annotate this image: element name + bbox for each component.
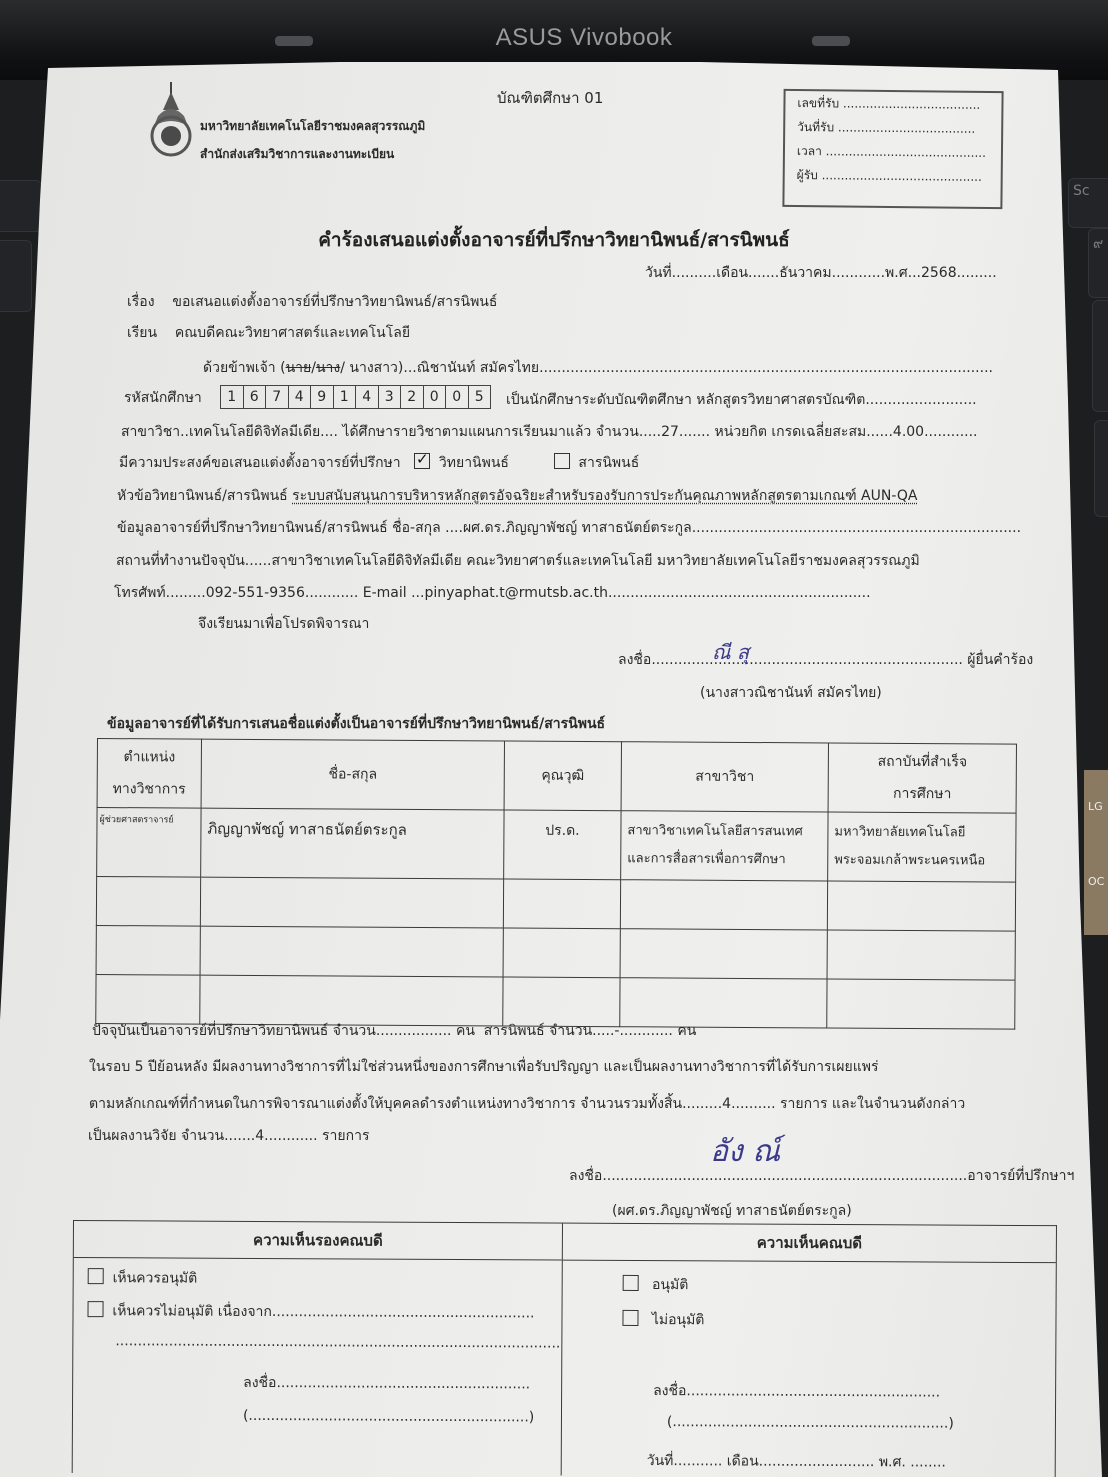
- form-code: บัณฑิตศึกษา 01: [497, 86, 603, 110]
- cell-position[interactable]: [96, 925, 200, 975]
- keyboard-key: [0, 180, 42, 232]
- cell-name[interactable]: [200, 975, 503, 1026]
- proposed-table-title: ข้อมูลอาจารย์ที่ได้รับการเสนอชื่อแต่งตั้…: [107, 713, 605, 735]
- closing-text: จึงเรียนมาเพื่อโปรดพิจารณา: [198, 613, 369, 635]
- advisor-printed-name: (ผศ.ดร.ภิญญาพัชญ์ ทาสาธนัตย์ตระกูล): [612, 1200, 852, 1222]
- vice-dean-sign-field[interactable]: ลงชื่อ..................................…: [243, 1372, 530, 1396]
- header-name: ชื่อ-สกุล: [201, 739, 504, 810]
- sticker: LG: [1084, 770, 1108, 890]
- cell-degree[interactable]: ปร.ด.: [504, 810, 621, 880]
- advisor-signature[interactable]: อัง ณ์: [710, 1128, 780, 1175]
- cell-name[interactable]: [200, 926, 503, 977]
- thesis-topic-value[interactable]: ระบบสนับสนุนการบริหารหลักสูตรอัจฉริยะสำห…: [292, 488, 917, 504]
- workload-line-4: เป็นผลงานวิจัย จำนวน.......4............…: [88, 1125, 369, 1147]
- cell-institution[interactable]: มหาวิทยาลัยเทคโนโลยีพระจอมเกล้าพระนครเหน…: [828, 812, 1016, 882]
- to-line: เรียน คณบดีคณะวิทยาศาสตร์และเทคโนโลยี: [127, 322, 410, 344]
- student-id-label: รหัสนักศึกษา: [124, 387, 202, 409]
- student-id-digit[interactable]: 0: [424, 386, 447, 408]
- student-id-digit[interactable]: 9: [311, 386, 334, 408]
- cell-field[interactable]: [620, 929, 827, 979]
- vice-dean-approve-option[interactable]: เห็นควรอนุมัติ: [88, 1267, 198, 1290]
- applicant-line: ด้วยข้าพเจ้า (นาย/นาง/ นางสาว)...ณิชานัน…: [203, 357, 993, 379]
- dean-opinion-title: ความเห็นคณบดี: [563, 1224, 1056, 1264]
- student-id-digit[interactable]: 2: [401, 386, 424, 408]
- independent-study-checkbox[interactable]: [554, 453, 570, 469]
- proposed-advisor-table: ตำแหน่งทางวิชาการชื่อ-สกุลคุณวุฒิสาขาวิช…: [95, 738, 1017, 1030]
- receiver-field[interactable]: ผู้รับ .................................…: [785, 163, 1001, 189]
- cell-field[interactable]: [620, 880, 827, 930]
- keyboard-key: [1094, 420, 1108, 517]
- major-value[interactable]: เทคโนโลยีดิจิทัลมีเดีย: [189, 424, 320, 440]
- study-line: สาขาวิชา..เทคโนโลยีดิจิทัลมีเดีย.... ได้…: [121, 421, 978, 443]
- table-row: ผู้ช่วยศาสตราจารย์ภิญญาพัชญ์ ทาสาธนัตย์ต…: [97, 808, 1016, 883]
- university-name: มหาวิทยาลัยเทคโนโลยีราชมงคลสุวรรณภูมิ: [200, 117, 425, 136]
- university-logo-icon: [148, 80, 194, 160]
- gpa-value[interactable]: 4.00: [893, 424, 924, 440]
- thesis-topic-line: หัวข้อวิทยานิพนธ์/สารนิพนธ์ ระบบสนับสนุน…: [117, 485, 917, 507]
- receipt-box: เลขที่รับ ..............................…: [782, 89, 1003, 209]
- dean-date-field[interactable]: วันที่........... เดือน.................…: [647, 1450, 946, 1474]
- subject-line: เรื่อง ขอเสนอแต่งตั้งอาจารย์ที่ปรึกษาวิท…: [127, 291, 497, 313]
- cell-degree[interactable]: [503, 879, 620, 929]
- vice-dean-reject-option[interactable]: เห็นควรไม่อนุมัติ เนื่องจาก.............…: [87, 1300, 534, 1324]
- advisor-name-line: ข้อมูลอาจารย์ที่ปรึกษาวิทยานิพนธ์/สารนิพ…: [117, 517, 1021, 539]
- form-title: คำร้องเสนอแต่งตั้งอาจารย์ที่ปรึกษาวิทยาน…: [0, 225, 1108, 255]
- vice-dean-name-field[interactable]: (.......................................…: [243, 1408, 534, 1426]
- keyboard-key: ๙: [1088, 228, 1108, 298]
- table-row: [96, 925, 1015, 980]
- student-id-digit[interactable]: 6: [244, 386, 267, 408]
- keyboard-key-esc: Sc: [1068, 178, 1108, 228]
- student-id-digit[interactable]: 1: [334, 386, 357, 408]
- workplace-value[interactable]: สาขาวิชาเทคโนโลยีดิจิทัลมีเดีย คณะวิทยาศ…: [272, 553, 920, 569]
- dean-name-field[interactable]: (.......................................…: [667, 1414, 954, 1432]
- vice-dean-reason-field[interactable]: ........................................…: [115, 1333, 560, 1351]
- cell-position[interactable]: [96, 877, 200, 927]
- dean-sign-field[interactable]: ลงชื่อ..................................…: [653, 1380, 940, 1404]
- keyboard-key: [1092, 300, 1108, 412]
- research-works[interactable]: 4: [255, 1128, 264, 1144]
- receipt-number-field[interactable]: เลขที่รับ ..............................…: [785, 91, 1001, 117]
- student-id-digit[interactable]: 4: [356, 386, 379, 408]
- student-id-boxes[interactable]: 167491432005: [220, 385, 491, 409]
- dean-approve-option[interactable]: อนุมัติ: [623, 1274, 689, 1296]
- sticker: OC: [1084, 875, 1108, 935]
- header-institution: สถาบันที่สำเร็จการศึกษา: [828, 743, 1016, 813]
- office-name: สำนักส่งเสริมวิชาการและงานทะเบียน: [200, 145, 394, 164]
- cell-institution[interactable]: [827, 930, 1015, 980]
- date-month[interactable]: ธันวาคม: [779, 265, 831, 281]
- student-id-digit[interactable]: 3: [379, 386, 402, 408]
- student-id-digit[interactable]: 4: [289, 386, 312, 408]
- cell-degree[interactable]: [503, 928, 620, 978]
- ind-study-count[interactable]: -: [614, 1023, 619, 1039]
- intent-line: มีความประสงค์ขอเสนอแต่งตั้งอาจารย์ที่ปรึ…: [119, 452, 639, 474]
- contact-line: โทรศัพท์.........092-551-9356...........…: [114, 582, 871, 604]
- cell-field[interactable]: สาขาวิชาเทคโนโลยีสารสนเทศและการสื่อสารเพ…: [621, 811, 828, 881]
- receipt-time-field[interactable]: เวลา ...................................…: [785, 139, 1001, 165]
- vice-dean-opinion-title: ความเห็นรองคณบดี: [74, 1221, 562, 1261]
- advisor-name-value[interactable]: ผศ.ดร.ภิญญาพัชญ์ ทาสาธนัตย์ตระกูล: [463, 520, 692, 536]
- vice-dean-approve-checkbox[interactable]: [88, 1268, 104, 1284]
- cell-institution[interactable]: [827, 881, 1015, 931]
- applicant-name[interactable]: ณิชานันท์ สมัครไทย: [417, 360, 539, 376]
- student-id-digit[interactable]: 7: [266, 386, 289, 408]
- applicant-printed-name: (นางสาวณิชานันท์ สมัครไทย): [700, 682, 882, 704]
- table-row: [96, 877, 1015, 932]
- dean-reject-checkbox[interactable]: [622, 1310, 638, 1326]
- student-level: เป็นนักศึกษาระดับบัณฑิตศึกษา หลักสูตรวิท…: [506, 389, 977, 411]
- cell-position[interactable]: [96, 974, 200, 1024]
- opinion-section: ความเห็นรองคณบดี เห็นควรอนุมัติ เห็นควรไ…: [72, 1220, 1057, 1477]
- student-id-digit[interactable]: 1: [221, 386, 244, 408]
- student-id-digit[interactable]: 0: [446, 386, 469, 408]
- subject-value: ขอเสนอแต่งตั้งอาจารย์ที่ปรึกษาวิทยานิพนธ…: [172, 294, 497, 310]
- dean-reject-option[interactable]: ไม่อนุมัติ: [622, 1309, 704, 1331]
- cell-institution[interactable]: [827, 979, 1015, 1029]
- total-works[interactable]: 4: [722, 1096, 731, 1112]
- workload-line-1: ปัจจุบันเป็นอาจารย์ที่ปรึกษาวิทยานิพนธ์ …: [92, 1020, 696, 1042]
- applicant-signature[interactable]: ณี สุ: [712, 636, 749, 668]
- header-field: สาขาวิชา: [621, 742, 828, 812]
- cell-position[interactable]: ผู้ช่วยศาสตราจารย์: [97, 808, 201, 878]
- keyboard-key: [0, 240, 32, 312]
- applicant-signature-line: ลงชื่อ..................................…: [618, 649, 1033, 671]
- vice-dean-reject-checkbox[interactable]: [87, 1301, 103, 1317]
- to-value: คณบดีคณะวิทยาศาสตร์และเทคโนโลยี: [175, 325, 410, 341]
- cell-name[interactable]: [200, 877, 503, 928]
- header-academic-position: ตำแหน่งทางวิชาการ: [97, 739, 201, 809]
- receipt-date-field[interactable]: วันที่รับ ..............................…: [785, 115, 1001, 141]
- workload-line-2: ในรอบ 5 ปีย้อนหลัง มีผลงานทางวิชาการที่ไ…: [89, 1056, 878, 1078]
- laptop-brand: ASUS Vivobook: [0, 24, 1108, 52]
- workload-line-3: ตามหลักเกณฑ์ที่กำหนดในการพิจารณาแต่งตั้ง…: [89, 1093, 965, 1115]
- workplace-line: สถานที่ทำงานปัจจุบัน......สาขาวิชาเทคโนโ…: [116, 550, 920, 572]
- email-value[interactable]: pinyaphat.t@rmutsb.ac.th: [424, 585, 608, 601]
- thesis-checkbox[interactable]: [414, 453, 430, 469]
- header-degree: คุณวุฒิ: [504, 741, 621, 811]
- advisor-signature-line: ลงชื่อ..................................…: [569, 1165, 1074, 1187]
- paper-document: บัณฑิตศึกษา 01 มหาวิทยาลัยเทคโนโลยีราชมง…: [0, 0, 1108, 1477]
- dean-approve-checkbox[interactable]: [623, 1275, 639, 1291]
- credits-value[interactable]: 27: [661, 424, 679, 440]
- date-year[interactable]: 2568: [921, 265, 957, 281]
- student-id-digit[interactable]: 5: [469, 386, 491, 408]
- vice-dean-opinion: ความเห็นรองคณบดี เห็นควรอนุมัติ เห็นควรไ…: [73, 1221, 563, 1476]
- dean-opinion: ความเห็นคณบดี อนุมัติ ไม่อนุมัติ ลงชื่อ.…: [562, 1224, 1056, 1477]
- date-line: วันที่..........เดือน.......ธันวาคม.....…: [645, 262, 997, 284]
- phone-value[interactable]: 092-551-9356: [206, 585, 305, 601]
- cell-name[interactable]: ภิญญาพัชญ์ ทาสาธนัตย์ตระกูล: [201, 808, 504, 879]
